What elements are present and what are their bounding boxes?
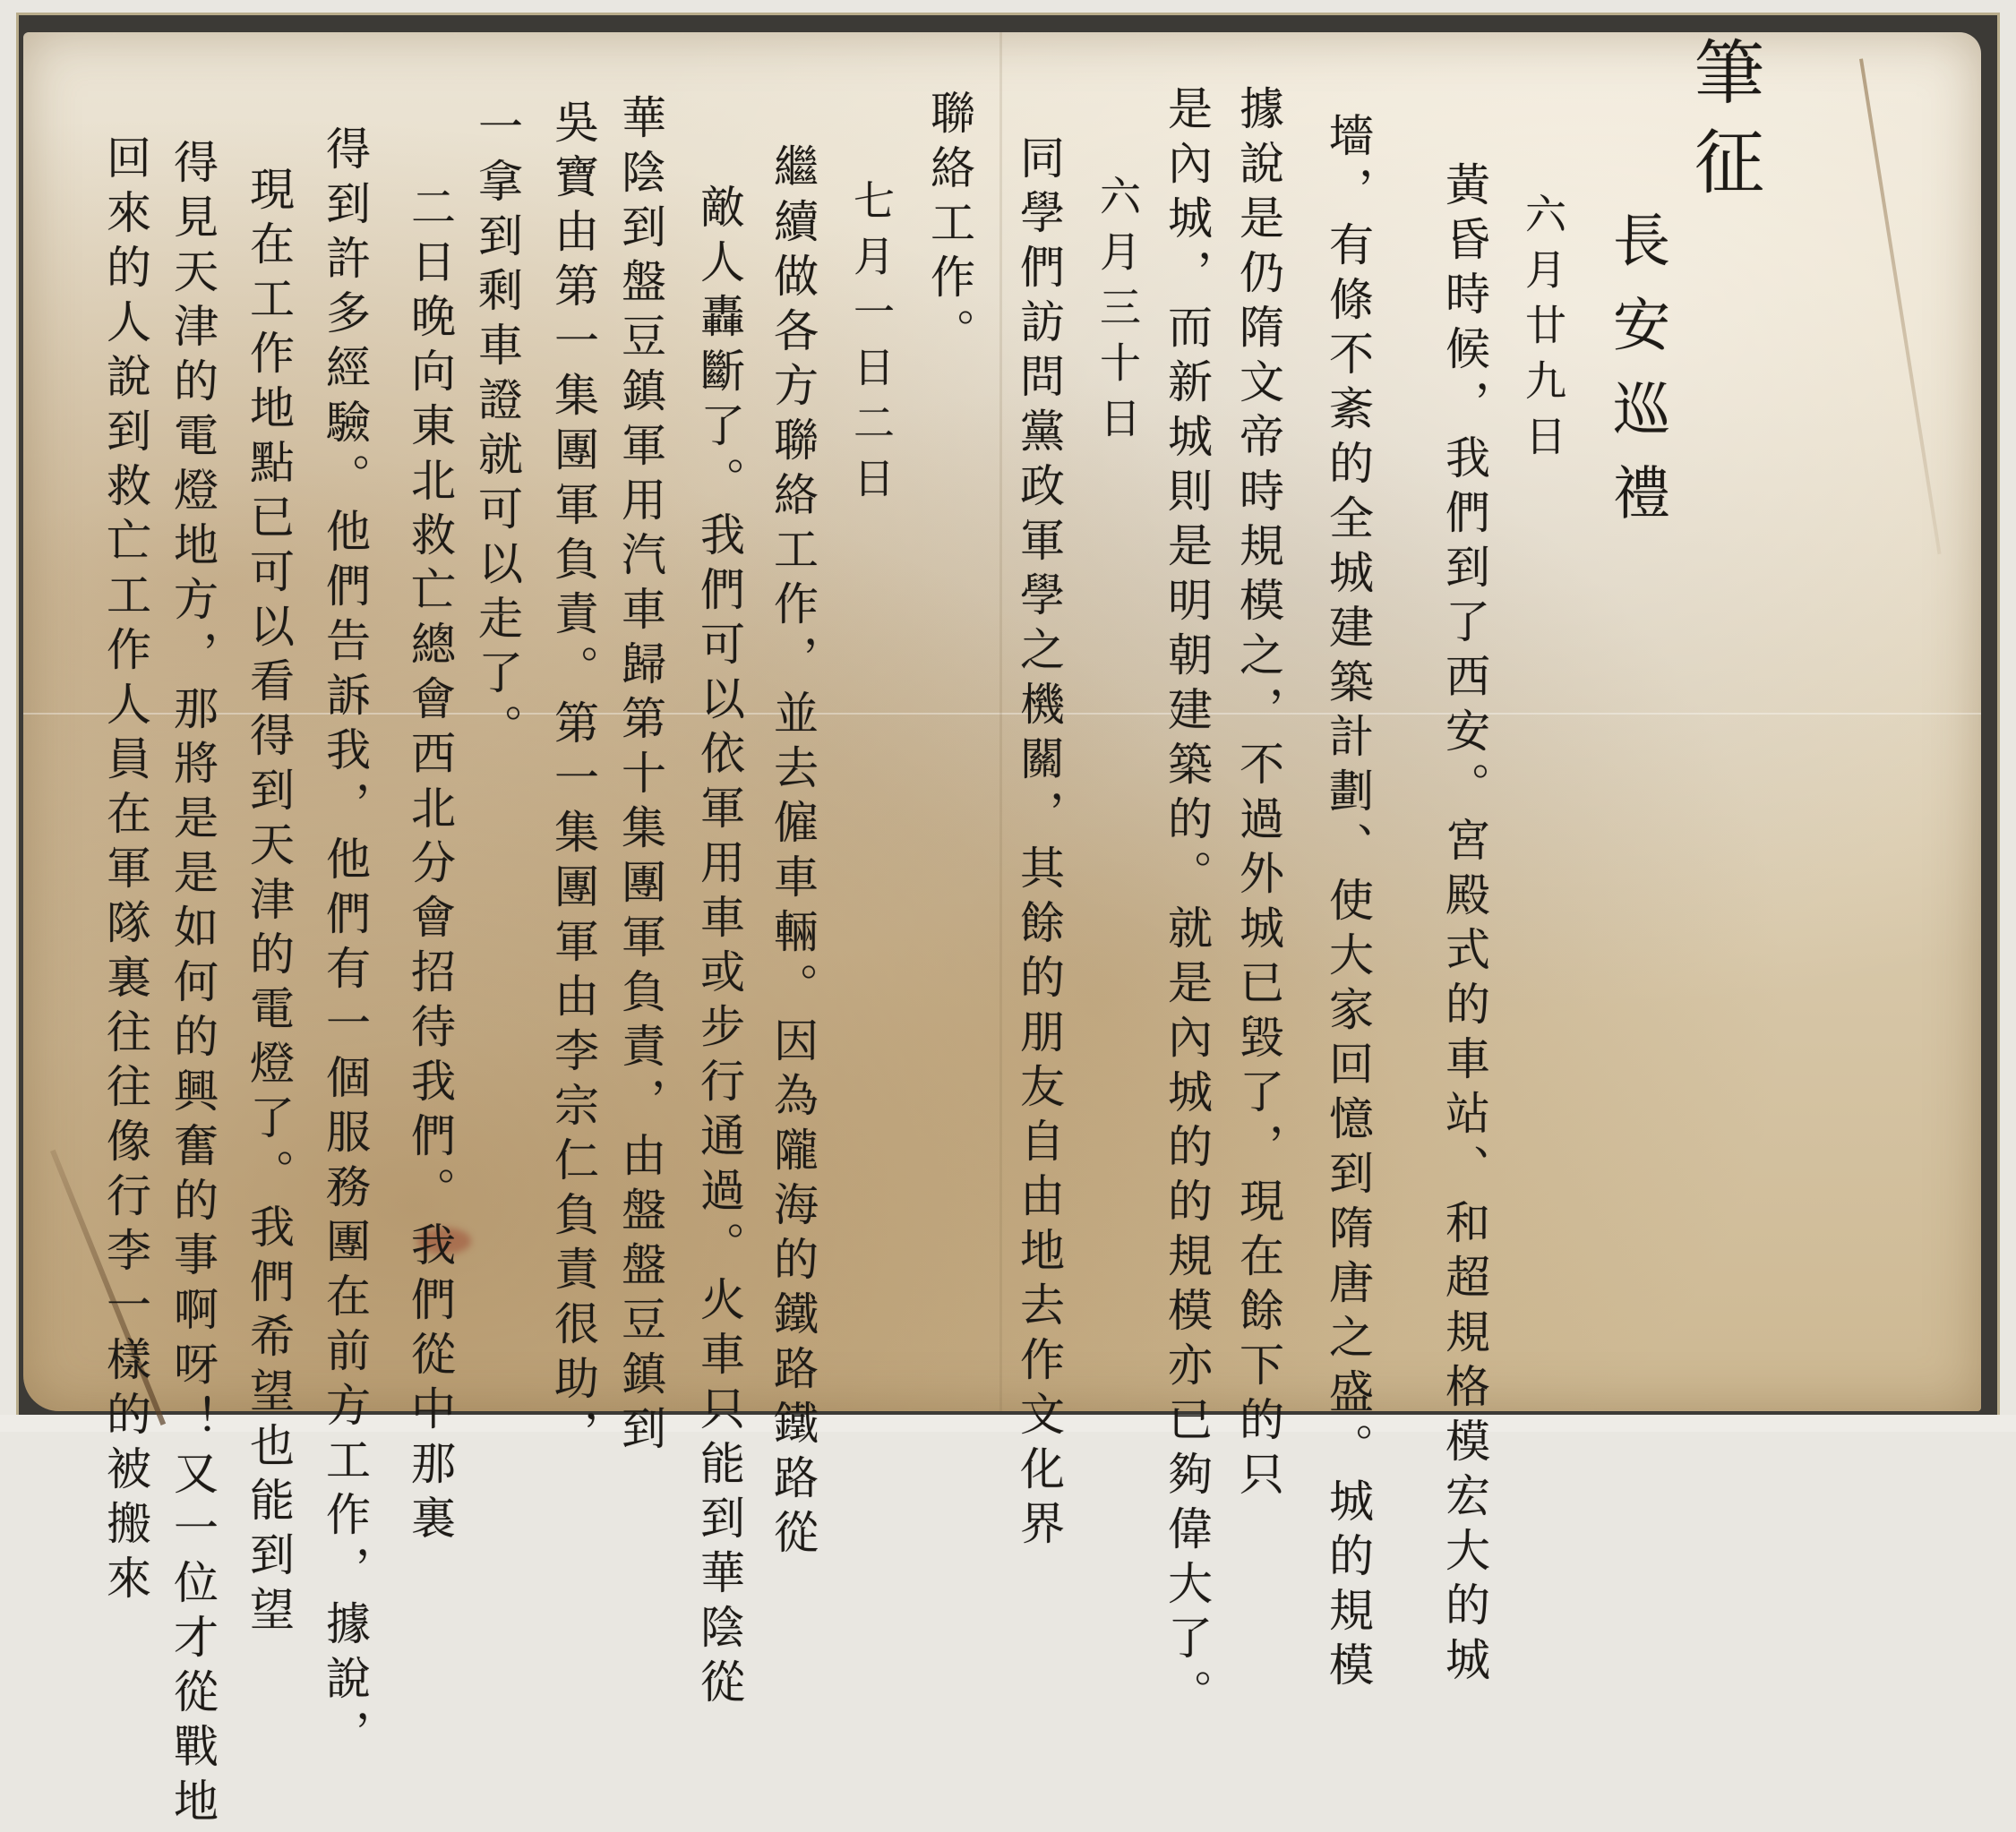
heading: 筆征 [1688,36,1758,215]
text-column: 繼續做各方聯絡工作，並去僱車輛。因為隴海的鐵路鐵路從 [770,143,815,1432]
text-column: 二日晚向東北救亡總會西北分會招待我們。我們從中那裏 [407,184,452,1432]
text-column: 華陰到盤豆鎮軍用汽車歸第十集團軍負責，由盤盤豆鎮到 [618,94,663,1432]
text-column: 聯絡工作。 [927,90,972,363]
date-heading: 六月廿九日 [1523,193,1564,470]
text-column: 同學們訪問黨政軍學之機關，其餘的朋友自由地去作文化界 [1017,134,1061,1432]
text-column: 得見天津的電燈地方，那將是是如何的興奮的事啊呀！又一位才從戰地 [170,139,215,1432]
date-heading: 六月三十日 [1097,175,1138,452]
date-heading: 七月一日二日 [851,179,892,512]
text-column: 得到許多經驗。他們告訴我，他們有一個服務團在前方工作，據說， [322,125,367,1432]
text-column: 敵人轟斷了。我們可以依軍用車或步行通過。火車只能到華陰從 [697,184,742,1432]
text-column: 吳寶由第一集團軍負責。第一集團軍由李宗仁負責很助， [551,98,596,1432]
paper-crease-horizontal [23,713,1981,715]
text-column: 據說是仍隋文帝時規模之，不過外城已毀了，現在餘下的只 [1236,85,1281,1432]
frame-mat [0,1415,2016,1432]
paper-tear [1859,58,1942,554]
text-column: 回來的人說到救亡工作人員在軍隊裏往往像行李一樣的被搬來 [103,134,148,1432]
text-column: 黃昏時候，我們到了西安。宮殿式的車站、和超規格模宏大的城 [1442,161,1487,1432]
manuscript-page [23,32,1981,1411]
text-column: 現在工作地點已可以看得到天津的電燈了。我們希望也能到望 [246,166,291,1432]
page-title: 長安巡禮 [1608,210,1665,547]
text-column: 一拿到剩車證就可以走了。 [475,103,519,758]
paper-crease-vertical [999,32,1002,1411]
text-column: 是內城，而新城則是明朝建築的。就是內城的的規模亦已夠偉大了。 [1164,85,1209,1432]
text-column: 墻，有條不紊的全城建築計劃、使大家回憶到隋唐之盛。城的規模 [1325,112,1370,1432]
